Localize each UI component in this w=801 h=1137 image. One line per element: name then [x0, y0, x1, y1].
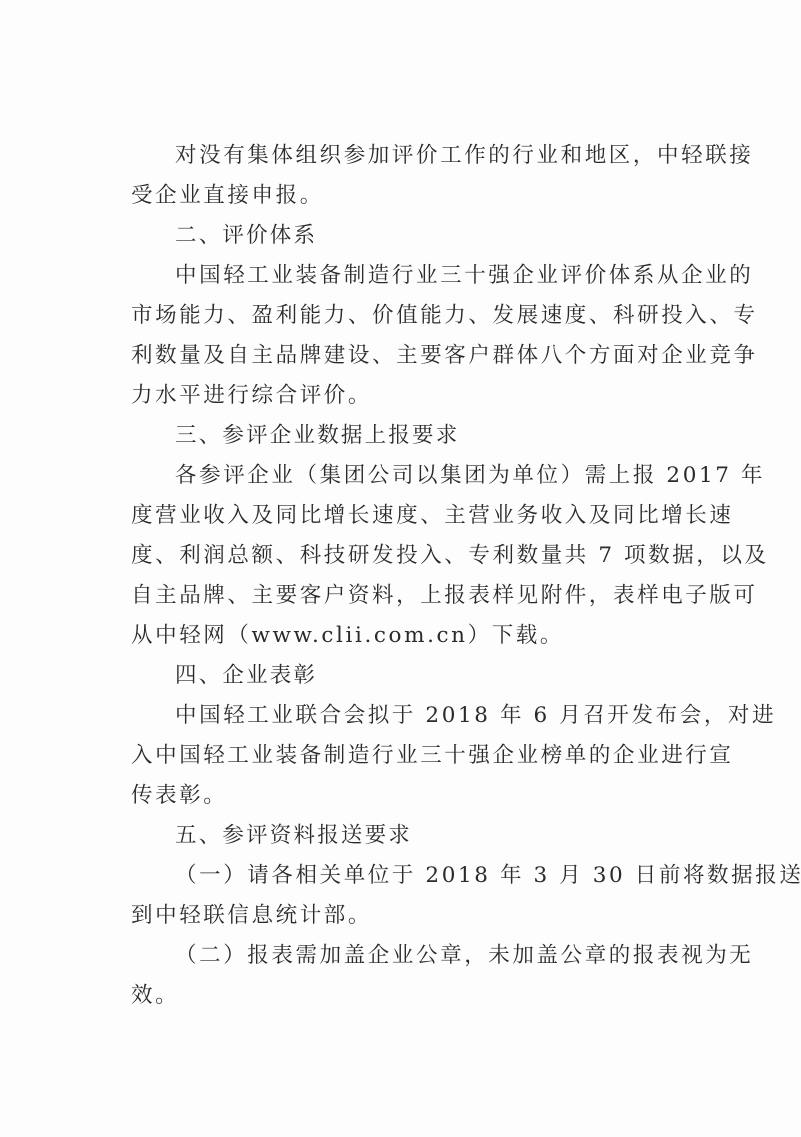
section-4-body-line-1: 中国轻工业联合会拟于 2018 年 6 月召开发布会，对进 [175, 696, 691, 736]
section-2-body-line-1: 中国轻工业装备制造行业三十强企业评价体系从企业的 [175, 256, 691, 296]
section-5-item-2-line-1: （二）报表需加盖企业公章，未加盖公章的报表视为无 [175, 936, 691, 976]
section-4-body-line-3: 传表彰。 [131, 776, 227, 816]
section-5-item-1-line-2: 到中轻联信息统计部。 [131, 896, 372, 936]
section-4-body-line-2: 入中国轻工业装备制造行业三十强企业榜单的企业进行宣 [131, 736, 691, 776]
section-heading-commendation: 四、企业表彰 [175, 656, 317, 696]
section-2-body-line-4: 力水平进行综合评价。 [131, 376, 372, 416]
intro-paragraph-line-1: 对没有集体组织参加评价工作的行业和地区，中轻联接 [175, 136, 691, 176]
section-heading-data-requirements: 三、参评企业数据上报要求 [175, 416, 459, 456]
section-3-body-line-5: 从中轻网（www.clii.com.cn）下载。 [131, 616, 564, 656]
section-3-body-line-1: 各参评企业（集团公司以集团为单位）需上报 2017 年 [175, 456, 691, 496]
section-heading-evaluation-system: 二、评价体系 [175, 216, 317, 256]
section-heading-submission-requirements: 五、参评资料报送要求 [175, 816, 412, 856]
section-3-body-line-4: 自主品牌、主要客户资料，上报表样见附件，表样电子版可 [131, 576, 691, 616]
section-3-body-line-3: 度、利润总额、科技研发投入、专利数量共 7 项数据，以及 [131, 536, 691, 576]
section-3-body-line-2: 度营业收入及同比增长速度、主营业务收入及同比增长速 [131, 496, 691, 536]
section-2-body-line-2: 市场能力、盈利能力、价值能力、发展速度、科研投入、专 [131, 296, 691, 336]
section-5-item-1-line-1: （一）请各相关单位于 2018 年 3 月 30 日前将数据报送 [175, 856, 691, 896]
section-2-body-line-3: 利数量及自主品牌建设、主要客户群体八个方面对企业竞争 [131, 336, 691, 376]
section-5-item-2-line-2: 效。 [131, 976, 179, 1016]
intro-paragraph-line-2: 受企业直接申报。 [131, 176, 324, 216]
